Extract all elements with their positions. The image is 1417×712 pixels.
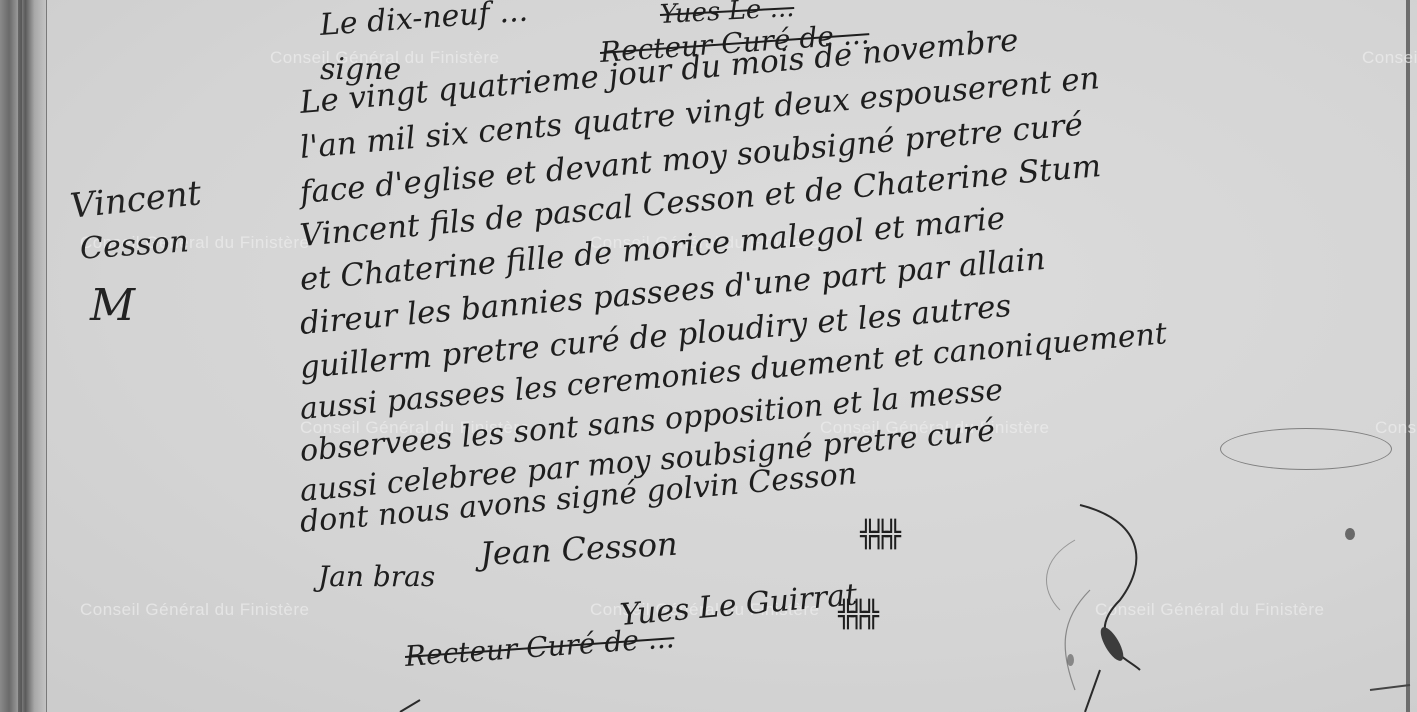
ink-blot [1067,654,1074,666]
ink-strokes [0,0,1417,712]
scanned-register-page: Conseil Général du Finistère Conseil Gén… [0,0,1417,712]
ink-blot [1345,528,1355,540]
